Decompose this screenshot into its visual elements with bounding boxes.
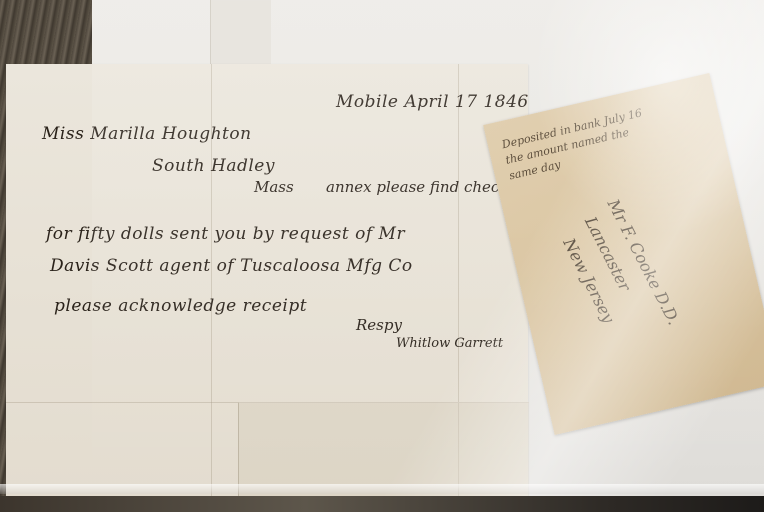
table-edge bbox=[0, 496, 764, 512]
plastic-sleeve bbox=[92, 0, 764, 496]
sleeve-edge bbox=[0, 484, 764, 494]
